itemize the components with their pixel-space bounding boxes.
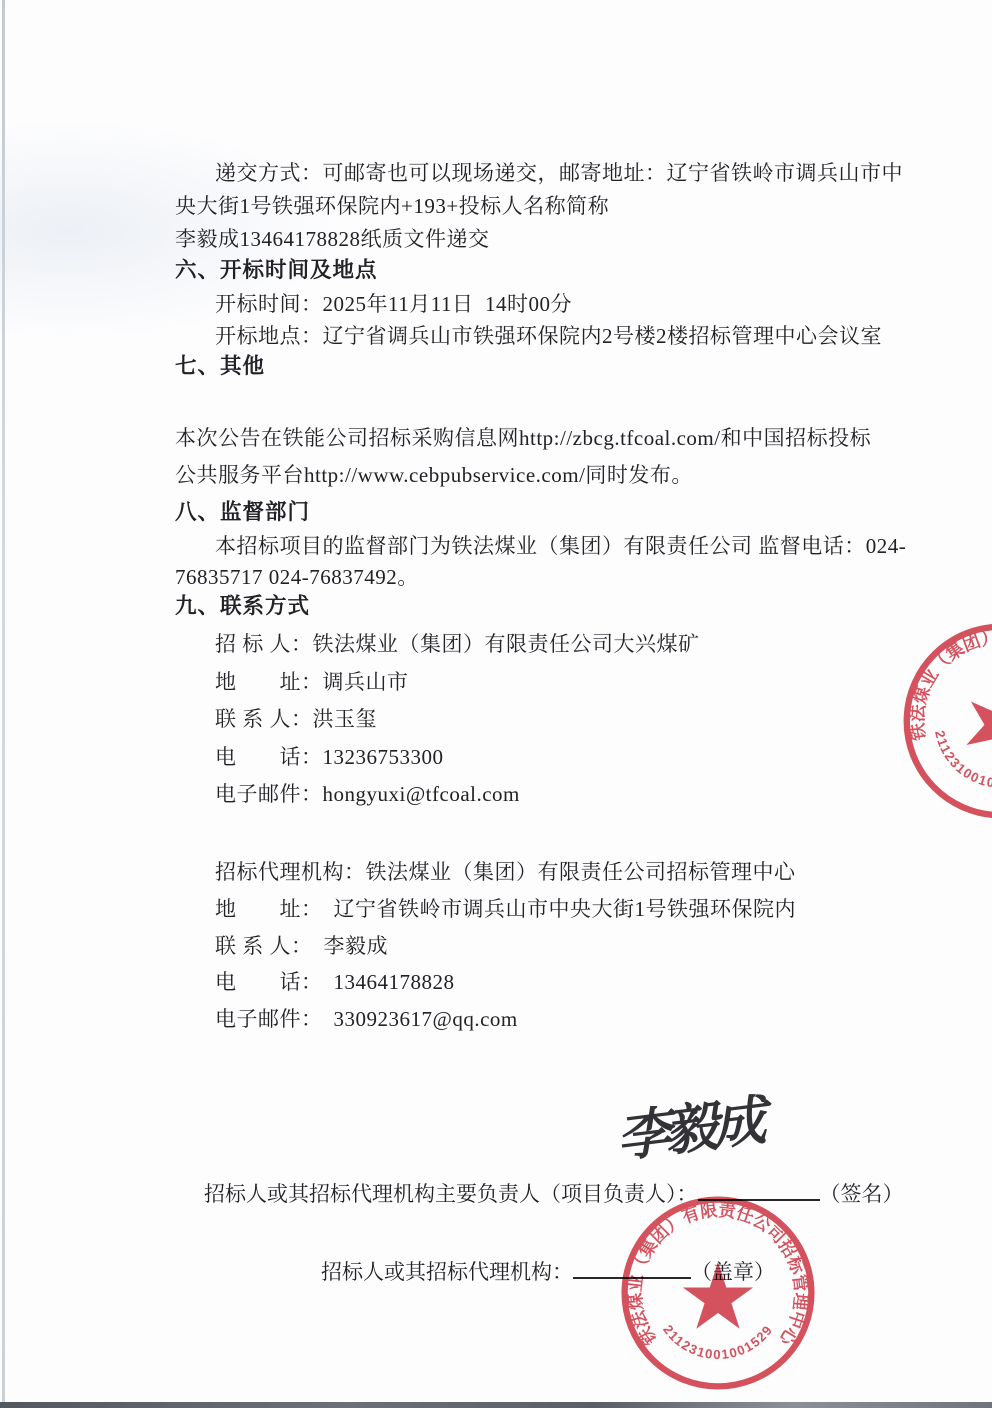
section-heading-7: 七、其他 [175,353,265,379]
notice-line-2: 公共服务平台http://www.cebpubservice.com/同时发布。 [175,462,693,488]
tenderer-phone-line: 电 话：13236753300 [215,744,444,770]
notice-line-1: 本次公告在铁能公司招标采购信息网http://zbcg.tfcoal.com/和… [175,425,871,451]
section-heading-9: 九、联系方式 [175,593,310,619]
company-seal-stamp: 铁法煤业（集团）有限责任公司招标管理中心 211231001001529 [611,1186,825,1400]
open-time-line: 开标时间：2025年11月11日 14时00分 [215,291,572,317]
scan-left-edge-artifact [2,0,5,1408]
open-place-line: 开标地点：辽宁省调兵山市铁强环保院内2号楼2楼招标管理中心会议室 [215,323,882,349]
tenderer-name-line: 招 标 人：铁法煤业（集团）有限责任公司大兴煤矿 [215,631,700,657]
scan-bottom-edge-artifact [0,1402,992,1408]
tenderer-address-line: 地 址：调兵山市 [215,669,409,695]
tenderer-contact-line: 联 系 人：洪玉玺 [215,706,377,732]
section-heading-6: 六、开标时间及地点 [175,257,378,283]
tenderer-email-line: 电子邮件：hongyuxi@tfcoal.com [215,781,520,807]
stamp-label: 招标人或其招标代理机构： [321,1260,573,1284]
scanned-tender-document-page: 递交方式：可邮寄也可以现场递交，邮寄地址：辽宁省铁岭市调兵山市中 央大街1号铁强… [0,0,992,1408]
agency-name-line: 招标代理机构：铁法煤业（集团）有限责任公司招标管理中心 [215,859,796,885]
principal-signature-suffix: （签名） [820,1182,904,1206]
supervise-line-1: 本招标项目的监督部门为铁法煤业（集团）有限责任公司 监督电话：024- [215,533,906,559]
submit-method-line-2: 央大街1号铁强环保院内+193+投标人名称简称 [175,193,609,219]
agency-address-line: 地 址： 辽宁省铁岭市调兵山市中央大街1号铁强环保院内 [215,896,796,922]
section-heading-8: 八、监督部门 [175,499,310,525]
agency-contact-line: 联 系 人： 李毅成 [215,933,388,959]
agency-phone-line: 电 话： 13464178828 [215,969,455,995]
seal-star-icon [683,1262,753,1329]
agency-email-line: 电子邮件： 330923617@qq.com [215,1006,518,1032]
company-seal-stamp-partial: 铁法煤业（集团）有限责任公司招标管理中心 211231001001529 [858,578,992,863]
seal-number-text: 211231001001529 [660,1322,776,1362]
seal-star-icon [954,678,992,768]
submit-method-line-3: 李毅成13464178828纸质文件递交 [175,226,490,252]
submit-method-line-1: 递交方式：可邮寄也可以现场递交，邮寄地址：辽宁省铁岭市调兵山市中 [215,160,903,186]
supervise-line-2: 76835717 024-76837492。 [175,564,419,590]
